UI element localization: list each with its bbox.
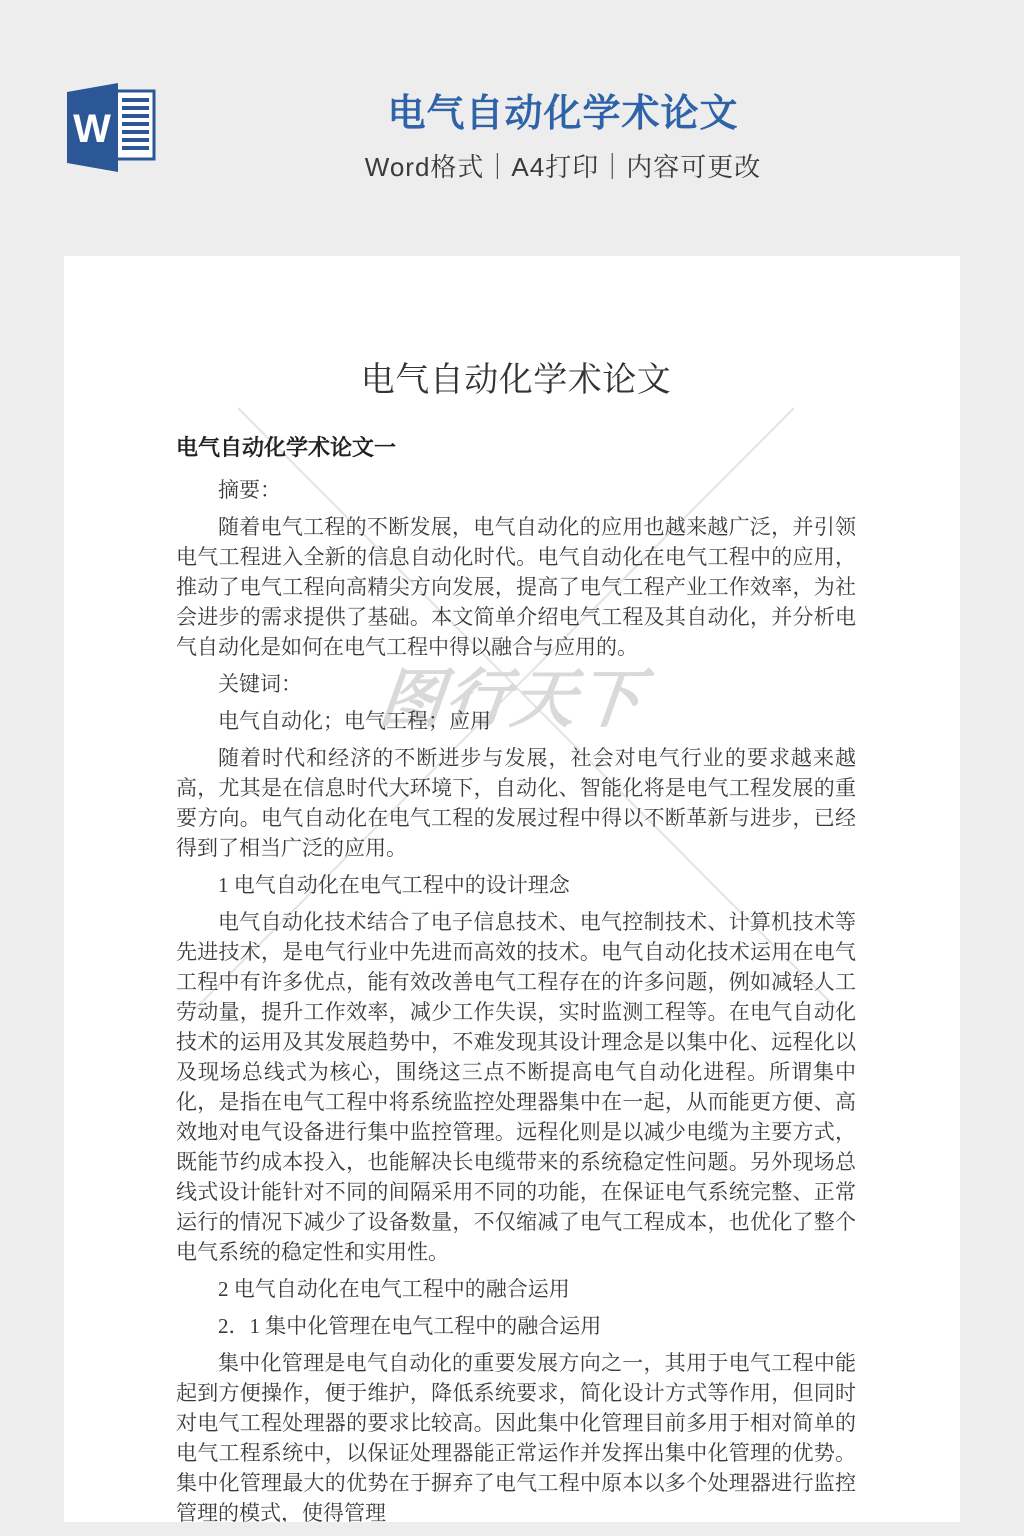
paragraph-section-1: 电气自动化技术结合了电子信息技术、电气控制技术、计算机技术等先进技术，是电气行业… bbox=[176, 907, 856, 1267]
heading-section-2-1: 2．1 集中化管理在电气工程中的融合运用 bbox=[176, 1311, 856, 1341]
paragraph-section-2-1: 集中化管理是电气自动化的重要发展方向之一，其用于电气工程中能起到方便操作，便于维… bbox=[176, 1348, 856, 1522]
paragraph-intro: 随着时代和经济的不断进步与发展，社会对电气行业的要求越来越高，尤其是在信息时代大… bbox=[176, 743, 856, 863]
header-subtitle: Word格式｜A4打印｜内容可更改 bbox=[102, 152, 1024, 182]
heading-section-2: 2 电气自动化在电气工程中的融合运用 bbox=[176, 1274, 856, 1304]
section-heading-bold: 电气自动化学术论文一 bbox=[176, 433, 856, 463]
paragraph-abstract: 随着电气工程的不断发展，电气自动化的应用也越来越广泛，并引领电气工程进入全新的信… bbox=[176, 512, 856, 662]
paragraph-abstract-label: 摘要： bbox=[176, 475, 856, 505]
page-content: 电气自动化学术论文 电气自动化学术论文一 摘要： 随着电气工程的不断发展，电气自… bbox=[176, 361, 856, 1522]
header-text-block: 电气自动化学术论文 Word格式｜A4打印｜内容可更改 bbox=[102, 92, 1024, 182]
heading-section-1: 1 电气自动化在电气工程中的设计理念 bbox=[176, 870, 856, 900]
header-title: 电气自动化学术论文 bbox=[102, 92, 1024, 136]
paragraph-keywords: 电气自动化；电气工程；应用 bbox=[176, 706, 856, 736]
document-page: 图行天下 电气自动化学术论文 电气自动化学术论文一 摘要： 随着电气工程的不断发… bbox=[64, 256, 960, 1522]
document-title: 电气自动化学术论文 bbox=[176, 361, 856, 401]
paragraph-keywords-label: 关键词： bbox=[176, 669, 856, 699]
header: W 电气自动化学术论文 Word格式｜A4打印｜内容可更改 bbox=[0, 0, 1024, 256]
